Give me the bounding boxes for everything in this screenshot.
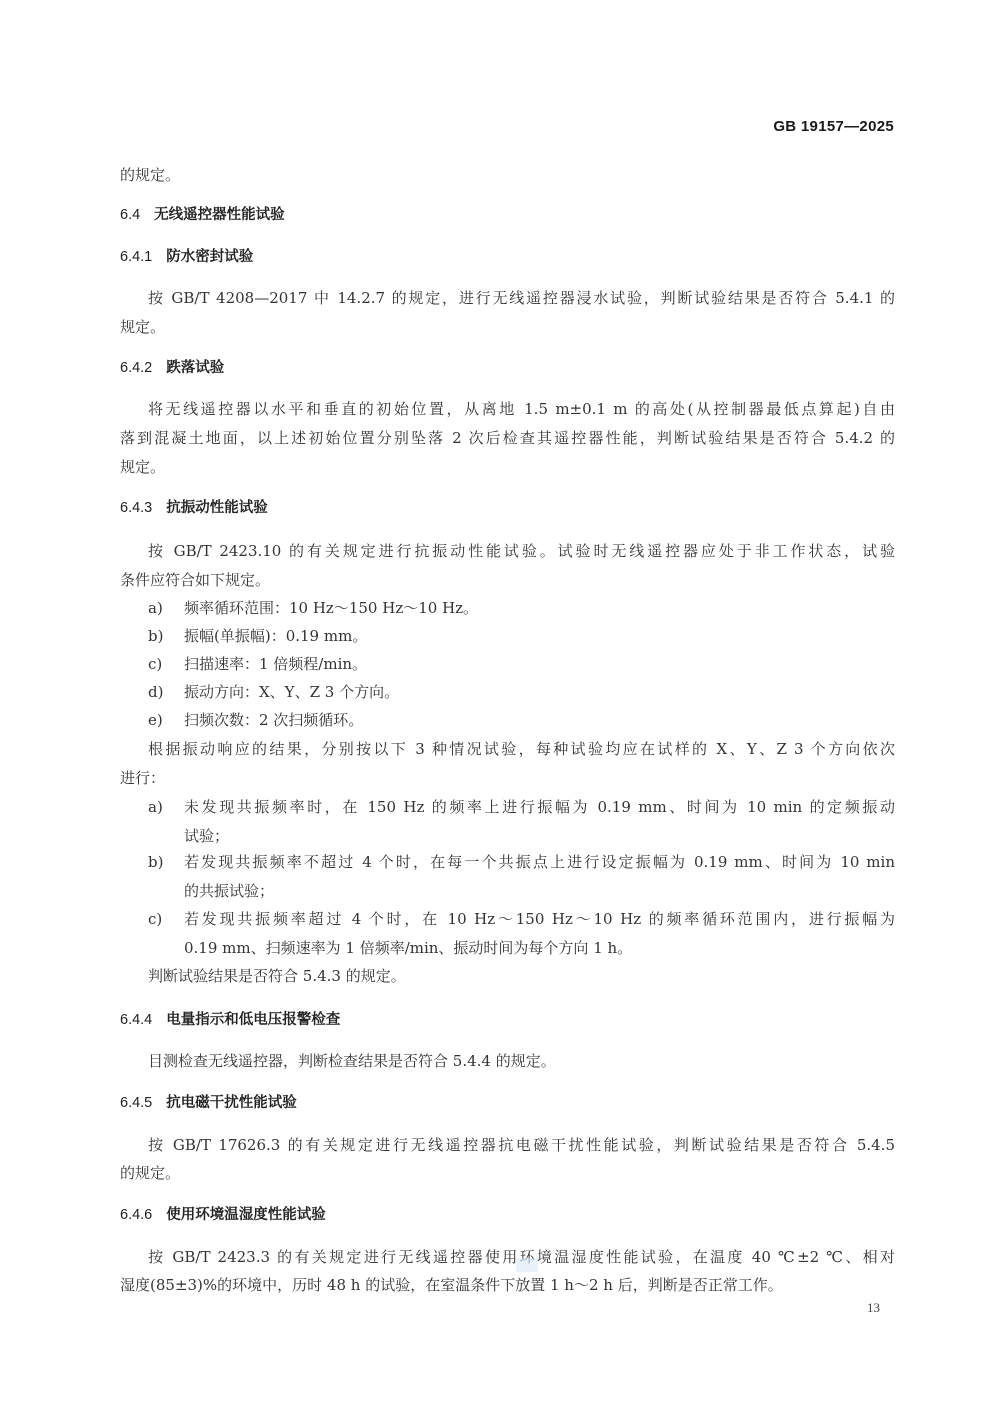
section-heading-6-4-5: 6.4.5抗电磁干扰性能试验 — [120, 1093, 297, 1113]
section-title: 跌落试验 — [166, 360, 224, 376]
item-text: 频率循环范围：10 Hz～150 Hz～10 Hz。 — [184, 599, 478, 617]
paragraph-line: 将无线遥控器以水平和垂直的初始位置，从离地 1.5 m±0.1 m 的高处(从控… — [148, 399, 895, 419]
case-item-continuation: 的共振试验； — [184, 881, 274, 901]
section-title: 防水密封试验 — [166, 249, 253, 265]
condition-item: e)扫频次数：2 次扫频循环。 — [148, 710, 363, 730]
paragraph-line: 条件应符合如下规定。 — [120, 570, 270, 590]
section-number: 6.4 — [120, 205, 140, 225]
section-title: 电量指示和低电压报警检查 — [166, 1012, 340, 1028]
item-label: d) — [148, 682, 184, 702]
paragraph-line: 湿度(85±3)%的环境中，历时 48 h 的试验，在室温条件下放置 1 h～2… — [120, 1275, 783, 1295]
section-heading-6-4-3: 6.4.3抗振动性能试验 — [120, 498, 268, 518]
case-item-continuation: 0.19 mm、扫频速率为 1 倍频率/min、振动时间为每个方向 1 h。 — [184, 938, 632, 958]
section-number: 6.4.2 — [120, 358, 152, 378]
section-title: 无线遥控器性能试验 — [154, 207, 285, 223]
section-heading-6-4-6: 6.4.6使用环境温湿度性能试验 — [120, 1205, 326, 1225]
paragraph-line: 按 GB/T 17626.3 的有关规定进行无线遥控器抗电磁干扰性能试验，判断试… — [148, 1135, 895, 1155]
item-text: 振动方向：X、Y、Z 3 个方向。 — [184, 683, 399, 701]
section-heading-6-4-2: 6.4.2跌落试验 — [120, 358, 224, 378]
case-item: b)若发现共振频率不超过 4 个时，在每一个共振点上进行设定振幅为 0.19 m… — [148, 852, 895, 872]
page-number: 13 — [867, 1300, 880, 1316]
paragraph-line: 的规定。 — [120, 1163, 180, 1183]
section-number: 6.4.5 — [120, 1093, 152, 1113]
item-text: 扫频次数：2 次扫频循环。 — [184, 711, 363, 729]
watermark-mark — [516, 1258, 538, 1272]
paragraph-line: 根据振动响应的结果，分别按以下 3 种情况试验，每种试验均应在试样的 X、Y、Z… — [148, 739, 895, 759]
item-text: 振幅(单振幅)：0.19 mm。 — [184, 627, 367, 645]
paragraph-line: 按 GB/T 2423.10 的有关规定进行抗振动性能试验。试验时无线遥控器应处… — [148, 541, 895, 561]
carryover-text: 的规定。 — [120, 165, 180, 185]
section-heading-6-4-1: 6.4.1防水密封试验 — [120, 247, 253, 267]
section-title: 抗电磁干扰性能试验 — [166, 1095, 297, 1111]
standard-code-header: GB 19157—2025 — [773, 118, 894, 135]
condition-item: b)振幅(单振幅)：0.19 mm。 — [148, 626, 367, 646]
case-item: a)未发现共振频率时，在 150 Hz 的频率上进行振幅为 0.19 mm、时间… — [148, 797, 895, 817]
paragraph-line: 规定。 — [120, 457, 165, 477]
condition-item: c)扫描速率：1 倍频程/min。 — [148, 654, 367, 674]
case-item: c)若发现共振频率超过 4 个时，在 10 Hz～150 Hz～10 Hz 的频… — [148, 909, 895, 929]
paragraph-line: 进行： — [120, 768, 165, 788]
section-title: 抗振动性能试验 — [166, 500, 268, 516]
item-label: c) — [148, 654, 184, 674]
section-heading-6-4: 6.4无线遥控器性能试验 — [120, 205, 285, 225]
section-heading-6-4-4: 6.4.4电量指示和低电压报警检查 — [120, 1010, 340, 1030]
section-number: 6.4.3 — [120, 498, 152, 518]
item-label: b) — [148, 852, 184, 872]
item-text: 扫描速率：1 倍频程/min。 — [184, 655, 367, 673]
section-number: 6.4.1 — [120, 247, 152, 267]
item-label: e) — [148, 710, 184, 730]
condition-item: d)振动方向：X、Y、Z 3 个方向。 — [148, 682, 399, 702]
item-label: a) — [148, 598, 184, 618]
paragraph-line: 规定。 — [120, 317, 165, 337]
paragraph-line: 按 GB/T 4208—2017 中 14.2.7 的规定，进行无线遥控器浸水试… — [148, 288, 895, 308]
item-label: c) — [148, 909, 184, 929]
item-text: 未发现共振频率时，在 150 Hz 的频率上进行振幅为 0.19 mm、时间为 … — [184, 797, 895, 817]
paragraph-line: 落到混凝土地面，以上述初始位置分别坠落 2 次后检查其遥控器性能，判断试验结果是… — [120, 428, 895, 448]
item-label: a) — [148, 797, 184, 817]
condition-item: a)频率循环范围：10 Hz～150 Hz～10 Hz。 — [148, 598, 478, 618]
paragraph-line: 目测检查无线遥控器，判断检查结果是否符合 5.4.4 的规定。 — [148, 1051, 556, 1071]
item-text: 若发现共振频率不超过 4 个时，在每一个共振点上进行设定振幅为 0.19 mm、… — [184, 852, 895, 872]
section-number: 6.4.4 — [120, 1010, 152, 1030]
case-item-continuation: 试验； — [184, 826, 229, 846]
conclusion-text: 判断试验结果是否符合 5.4.3 的规定。 — [148, 966, 406, 986]
item-text: 若发现共振频率超过 4 个时，在 10 Hz～150 Hz～10 Hz 的频率循… — [184, 909, 895, 929]
section-title: 使用环境温湿度性能试验 — [166, 1207, 326, 1223]
section-number: 6.4.6 — [120, 1205, 152, 1225]
item-label: b) — [148, 626, 184, 646]
